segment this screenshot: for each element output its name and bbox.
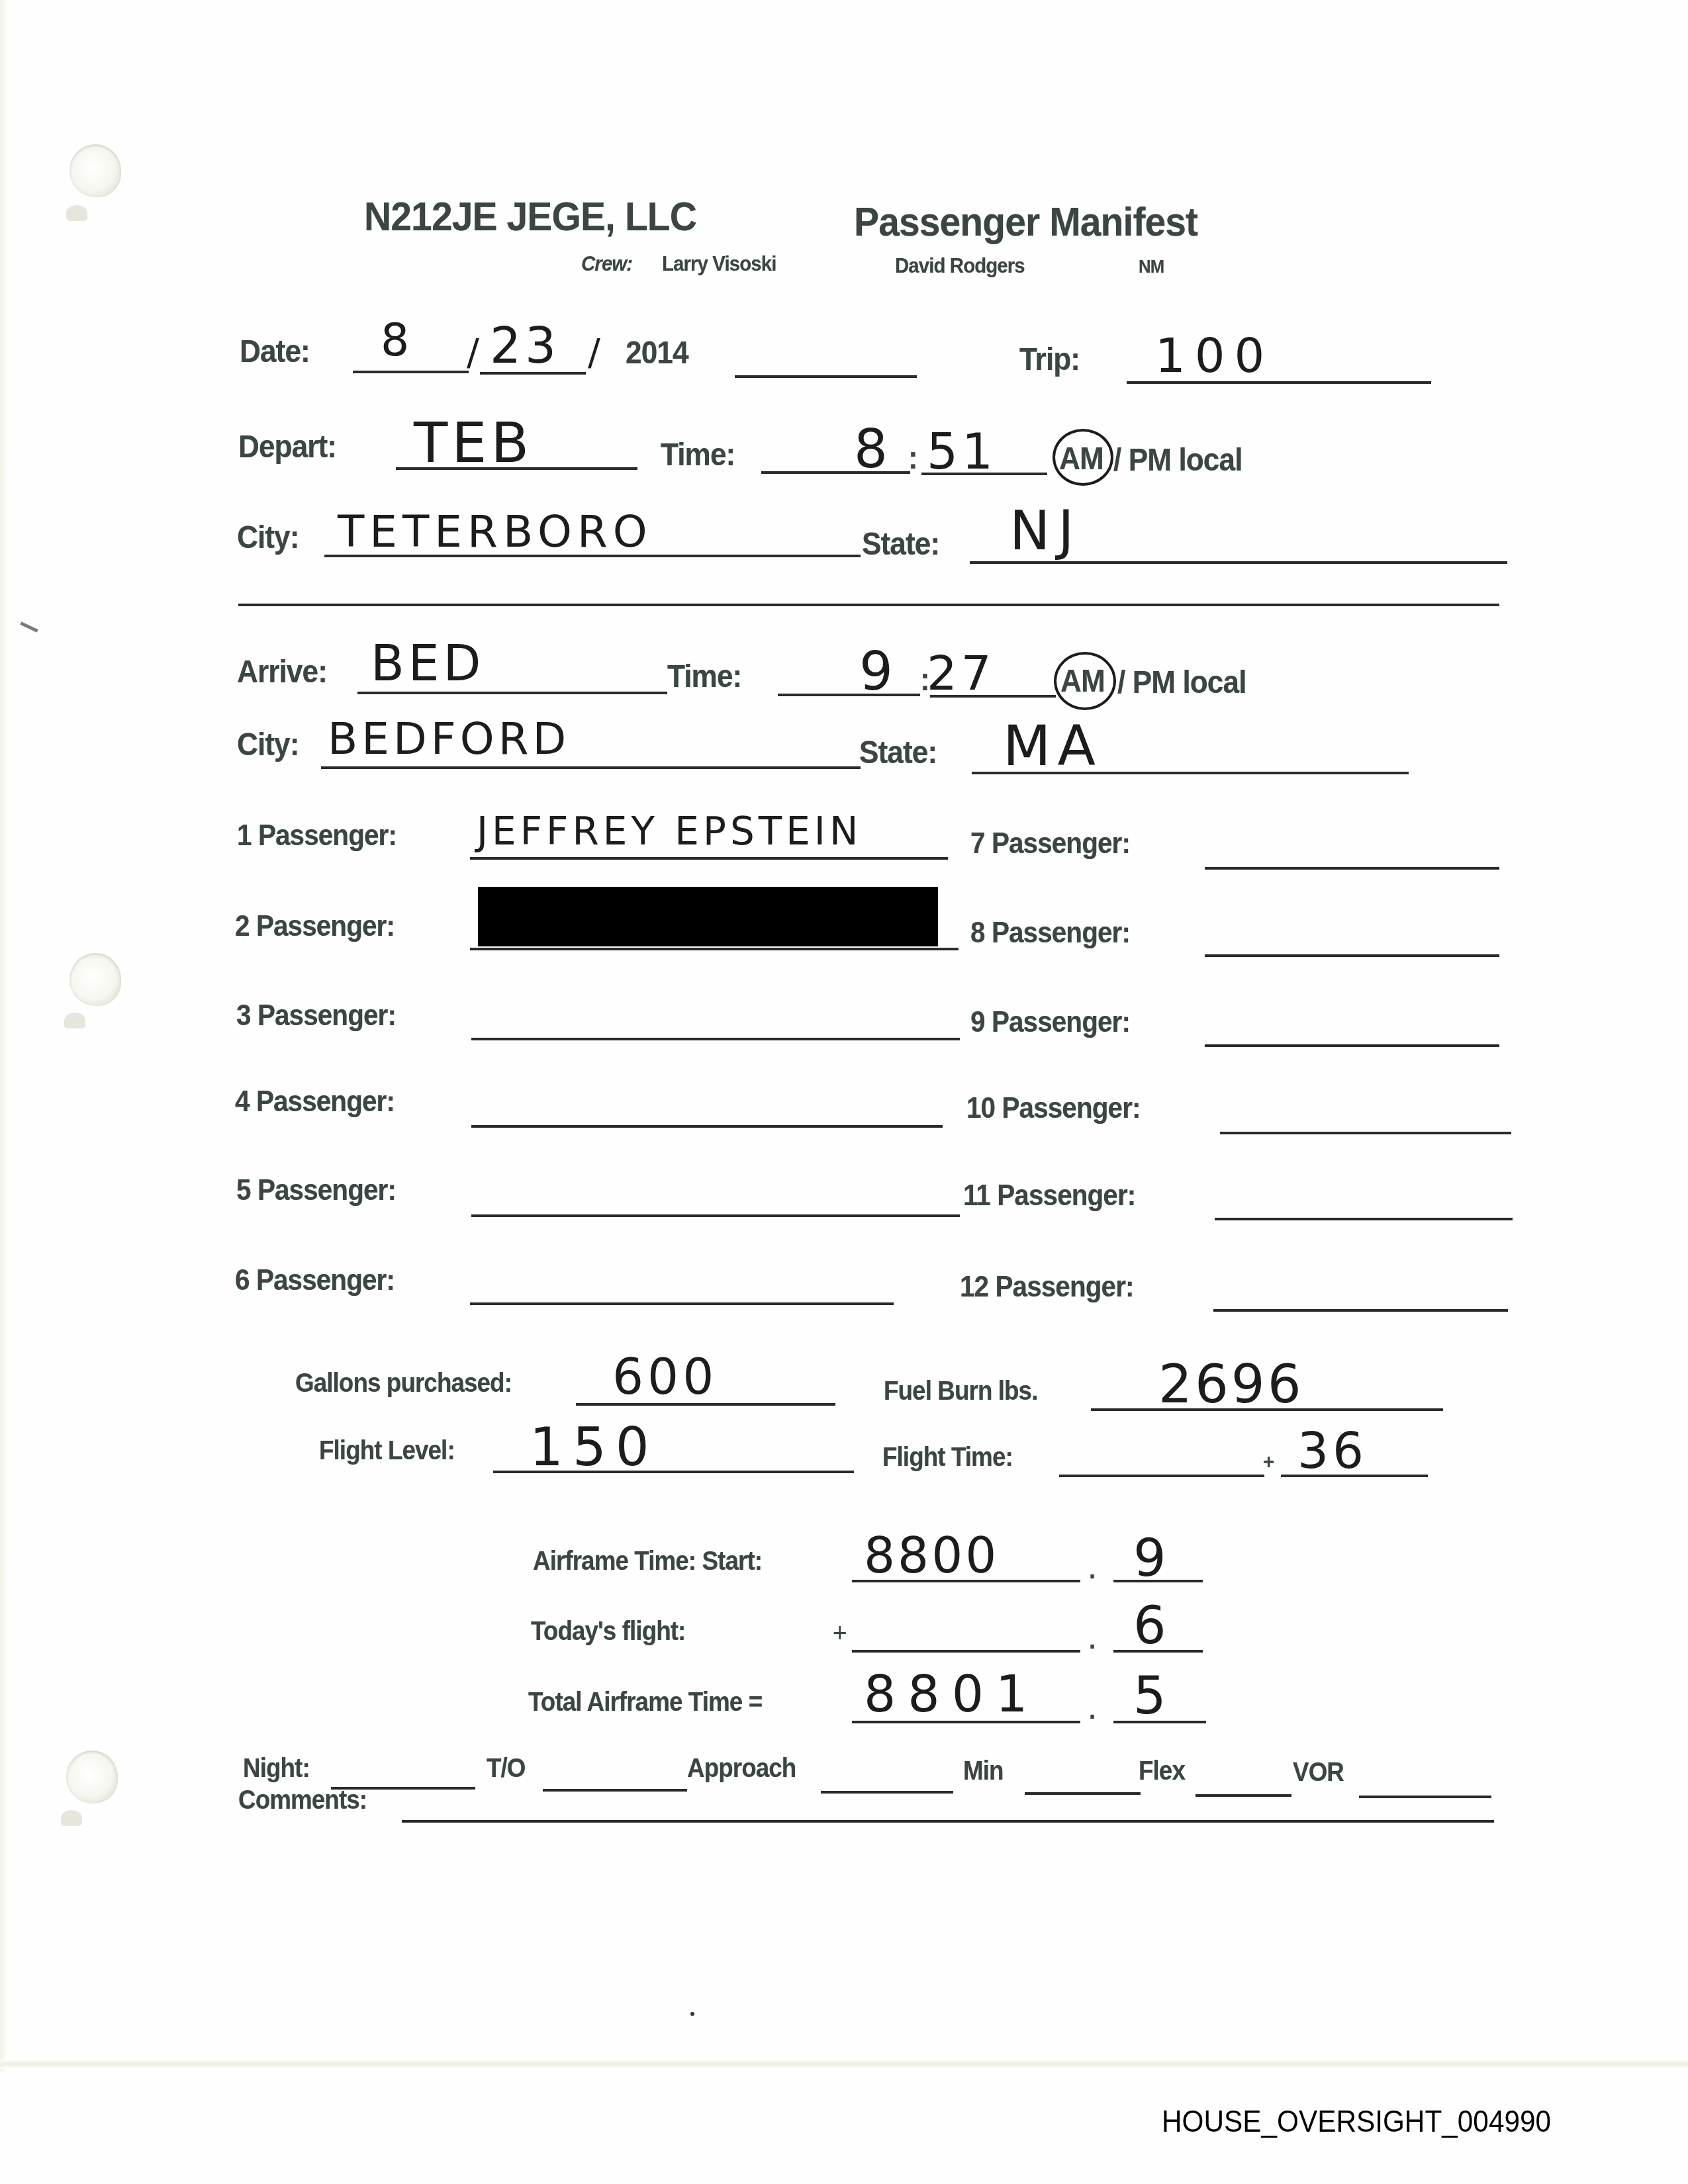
passenger-11-line[interactable]	[1215, 1218, 1513, 1220]
passenger-12-label: 12 Passenger:	[960, 1271, 1134, 1304]
total-airframe-tenth-field[interactable]: 5	[1133, 1666, 1170, 1726]
passenger-2-line	[470, 948, 959, 950]
depart-time-colon: :	[908, 440, 917, 477]
arrive-pm-option[interactable]: / PM local	[1117, 664, 1246, 701]
section-divider	[238, 604, 1499, 606]
punch-hole-fragment-icon	[61, 1810, 82, 1826]
total-airframe-label: Total Airframe Time =	[528, 1688, 762, 1717]
trip-field[interactable]: 100	[1155, 328, 1274, 383]
arrive-label: Arrive:	[237, 654, 327, 690]
bates-stamp: HOUSE_OVERSIGHT_004990	[1162, 2103, 1551, 2139]
arrive-city-field[interactable]: BEDFORD	[328, 713, 570, 764]
depart-hour-field[interactable]: 8	[854, 418, 892, 480]
arrive-hour-line	[778, 694, 920, 696]
approach-label: Approach	[687, 1754, 796, 1784]
night-label: Night:	[243, 1754, 310, 1784]
passenger-8-line[interactable]	[1205, 954, 1499, 957]
flight-time-minutes-field[interactable]: 36	[1297, 1423, 1368, 1480]
arrive-time-label: Time:	[667, 659, 741, 695]
date-year-line	[735, 375, 917, 378]
crew-member-2: David Rodgers	[895, 253, 1025, 278]
scan-speck	[690, 2012, 694, 2016]
passenger-12-line[interactable]	[1213, 1309, 1508, 1312]
depart-state-field[interactable]: NJ	[1009, 500, 1082, 563]
crew-label: Crew:	[581, 251, 632, 276]
depart-am-option[interactable]: AM	[1059, 441, 1103, 477]
passenger-5-line[interactable]	[471, 1214, 960, 1217]
passenger-6-label: 6 Passenger:	[235, 1264, 395, 1297]
passenger-10-line[interactable]	[1220, 1132, 1511, 1134]
todays-flight-plus: +	[833, 1619, 847, 1649]
passenger-1-label: 1 Passenger:	[237, 819, 397, 852]
manifest-page: N212JE JEGE, LLC Passenger Manifest Crew…	[0, 0, 1688, 2184]
date-year-field[interactable]: 2014	[626, 335, 688, 371]
passenger-3-label: 3 Passenger:	[236, 999, 396, 1032]
depart-label: Depart:	[238, 429, 336, 465]
date-day-field[interactable]: 23	[490, 318, 560, 375]
airframe-start-tenth-field[interactable]: 9	[1133, 1529, 1170, 1588]
gallons-label: Gallons purchased:	[295, 1369, 512, 1398]
date-label: Date:	[240, 334, 310, 370]
date-separator: /	[467, 331, 483, 374]
fuel-burn-label: Fuel Burn lbs.	[884, 1377, 1037, 1406]
crew-member-1: Larry Visoski	[662, 251, 776, 276]
depart-state-label: State:	[862, 526, 939, 563]
passenger-5-label: 5 Passenger:	[236, 1174, 396, 1207]
passenger-6-line[interactable]	[470, 1302, 894, 1305]
arrive-hour-field[interactable]: 9	[859, 641, 897, 702]
arrive-state-field[interactable]: MA	[1003, 713, 1102, 778]
passenger-1-field[interactable]: JEFFREY EPSTEIN	[477, 809, 862, 854]
trip-label: Trip:	[1019, 341, 1080, 378]
redaction-block	[478, 887, 938, 946]
flight-level-field[interactable]: 150	[530, 1416, 659, 1478]
date-month-field[interactable]: 8	[381, 314, 413, 367]
scan-mark	[20, 621, 38, 632]
todays-flight-tenth-field[interactable]: 6	[1133, 1596, 1170, 1656]
arrive-minute-field[interactable]: 27	[927, 645, 996, 701]
depart-city-field[interactable]: TETERBORO	[338, 506, 653, 557]
page-title: Passenger Manifest	[854, 199, 1197, 246]
arrive-airport-field[interactable]: BED	[371, 635, 485, 692]
depart-city-label: City:	[237, 520, 299, 556]
flex-line[interactable]	[1196, 1794, 1291, 1797]
passenger-8-label: 8 Passenger:	[970, 917, 1130, 950]
crew-member-3: NM	[1139, 256, 1164, 277]
vor-line[interactable]	[1359, 1796, 1491, 1798]
date-separator: /	[588, 331, 604, 374]
takeoff-line[interactable]	[543, 1789, 687, 1792]
flight-level-label: Flight Level:	[319, 1436, 455, 1466]
depart-time-label: Time:	[661, 437, 735, 473]
passenger-1-line	[470, 857, 948, 860]
date-month-line	[353, 371, 469, 373]
approach-line[interactable]	[821, 1791, 953, 1794]
passenger-3-line[interactable]	[471, 1038, 960, 1040]
passenger-7-label: 7 Passenger:	[970, 827, 1130, 860]
airframe-start-dot: .	[1089, 1555, 1095, 1585]
todays-flight-label: Today's flight:	[531, 1617, 685, 1647]
punch-hole-fragment-icon	[64, 1013, 85, 1028]
arrive-city-line	[321, 766, 861, 769]
airframe-start-label: Airframe Time: Start:	[533, 1547, 762, 1576]
passenger-11-label: 11 Passenger:	[963, 1179, 1135, 1212]
flight-time-label: Flight Time:	[882, 1443, 1013, 1473]
passenger-9-label: 9 Passenger:	[970, 1006, 1130, 1039]
passenger-10-label: 10 Passenger:	[966, 1092, 1141, 1125]
fuel-burn-field[interactable]: 2696	[1158, 1353, 1304, 1415]
flight-time-plus: +	[1263, 1449, 1274, 1474]
arrive-am-option[interactable]: AM	[1060, 663, 1105, 700]
arrive-city-label: City:	[237, 727, 299, 763]
depart-pm-option[interactable]: / PM local	[1113, 442, 1242, 478]
punch-hole-icon	[66, 1751, 118, 1803]
gallons-field[interactable]: 600	[612, 1349, 718, 1406]
passenger-9-line[interactable]	[1205, 1044, 1499, 1047]
comments-label: Comments:	[238, 1786, 367, 1815]
total-airframe-whole-field[interactable]: 8801	[864, 1664, 1039, 1723]
punch-hole-fragment-icon	[66, 205, 87, 221]
minimums-label: Min	[963, 1756, 1004, 1786]
vor-label: VOR	[1293, 1758, 1344, 1788]
scan-left-edge	[0, 0, 8, 2071]
passenger-4-line[interactable]	[471, 1125, 943, 1128]
arrive-state-label: State:	[859, 735, 937, 771]
takeoff-label: T/O	[487, 1754, 526, 1784]
passenger-4-label: 4 Passenger:	[235, 1085, 395, 1118]
scan-bottom-edge	[0, 2060, 1688, 2069]
punch-hole-icon	[70, 953, 121, 1006]
depart-minute-field[interactable]: 51	[927, 424, 997, 480]
depart-airport-field[interactable]: TEB	[414, 410, 533, 475]
passenger-2-label: 2 Passenger:	[235, 910, 395, 943]
comments-line[interactable]	[402, 1820, 1494, 1823]
flight-time-hours-line[interactable]	[1059, 1475, 1264, 1477]
todays-flight-whole-line[interactable]	[852, 1650, 1080, 1653]
company-name: N212JE JEGE, LLC	[364, 193, 696, 240]
punch-hole-icon	[70, 144, 121, 197]
passenger-7-line[interactable]	[1205, 867, 1499, 870]
minimums-line[interactable]	[1025, 1792, 1141, 1795]
airframe-start-whole-field[interactable]: 8800	[864, 1527, 999, 1584]
flex-label: Flex	[1139, 1756, 1185, 1786]
todays-flight-dot: .	[1089, 1625, 1095, 1655]
total-airframe-dot: .	[1089, 1696, 1095, 1725]
